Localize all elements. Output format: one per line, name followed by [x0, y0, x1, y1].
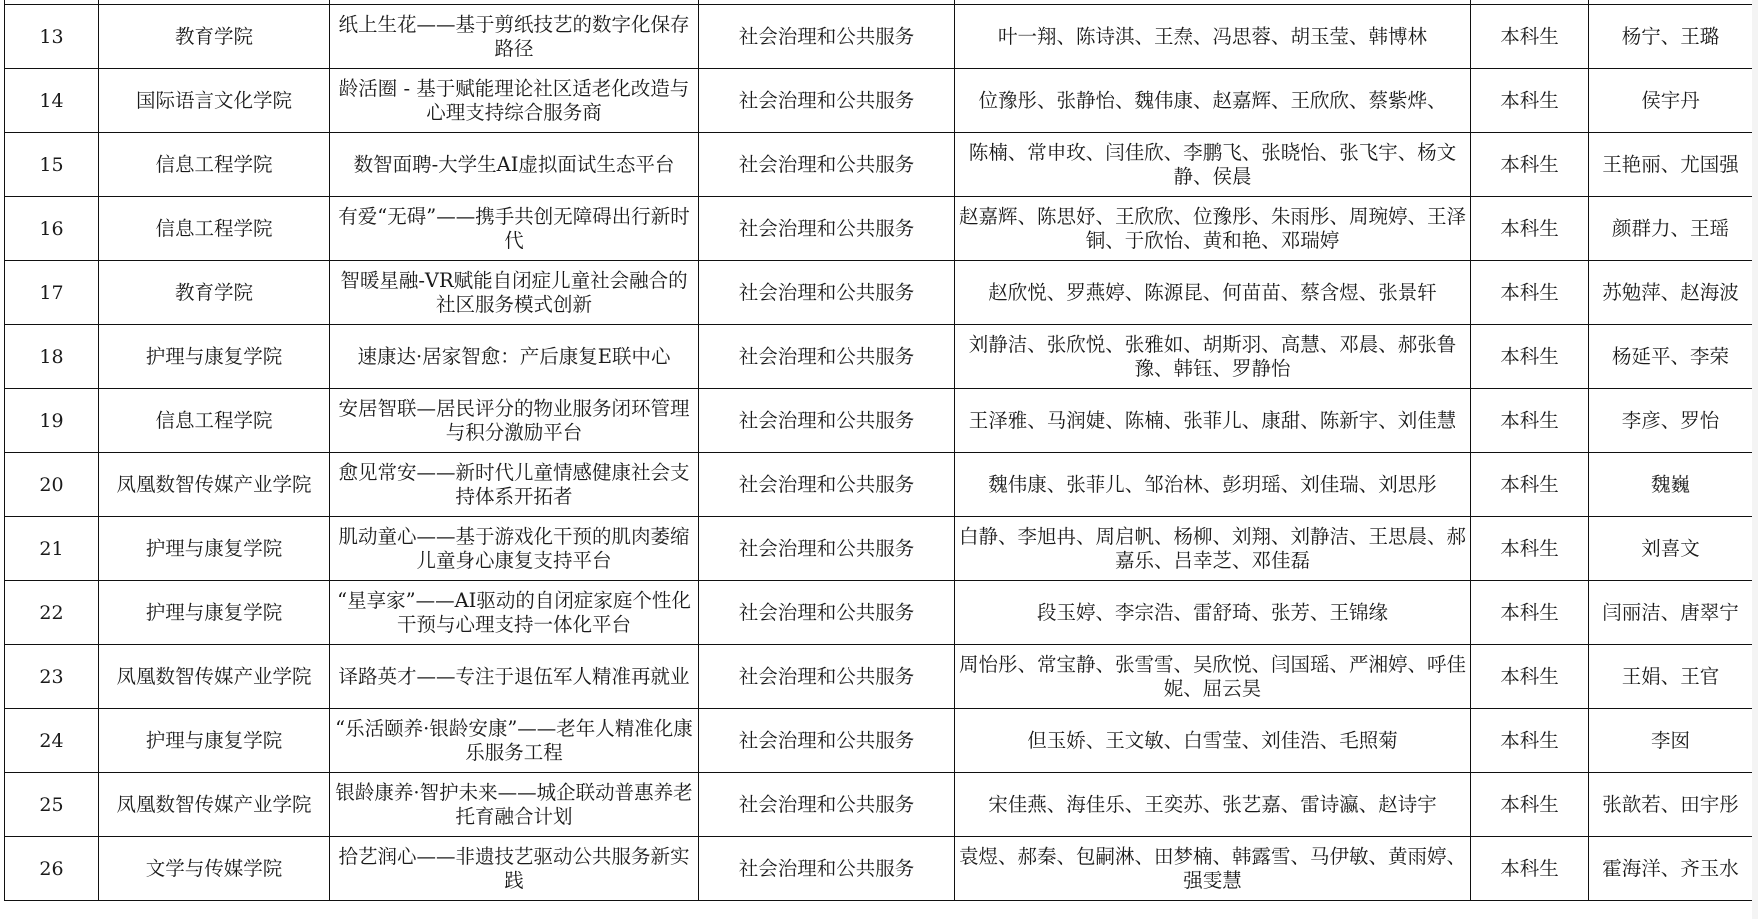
advisors-cell[interactable]: 李彦、罗怡 — [1589, 389, 1753, 453]
category-cell[interactable]: 社会治理和公共服务 — [699, 5, 955, 69]
student-level-cell[interactable]: 本科生 — [1471, 709, 1589, 773]
row-number-cell[interactable]: 23 — [5, 645, 99, 709]
table-row: 25凤凰数智传媒产业学院银龄康养·智护未来——城企联动普惠养老托育融合计划社会治… — [5, 773, 1753, 837]
project-name-cell[interactable]: 数智面聘-大学生AI虚拟面试生态平台 — [330, 133, 699, 197]
college-cell[interactable]: 信息工程学院 — [99, 197, 330, 261]
members-cell[interactable]: 赵欣悦、罗燕婷、陈源昆、何苗苗、蔡含煜、张景轩 — [955, 261, 1471, 325]
right-edge — [1752, 0, 1758, 919]
advisors-cell[interactable]: 杨宁、王璐 — [1589, 5, 1753, 69]
category-cell[interactable]: 社会治理和公共服务 — [699, 261, 955, 325]
student-level-cell[interactable]: 本科生 — [1471, 197, 1589, 261]
advisors-cell[interactable]: 魏巍 — [1589, 453, 1753, 517]
members-cell[interactable]: 赵嘉辉、陈思妤、王欣欣、位豫彤、朱雨彤、周琬婷、王泽铜、于欣怡、黄和艳、邓瑞婷 — [955, 197, 1471, 261]
college-cell[interactable]: 护理与康复学院 — [99, 325, 330, 389]
student-level-cell[interactable]: 本科生 — [1471, 453, 1589, 517]
members-cell[interactable]: 王泽雅、马润婕、陈楠、张菲儿、康甜、陈新宇、刘佳慧 — [955, 389, 1471, 453]
row-number-cell[interactable]: 15 — [5, 133, 99, 197]
project-name-cell[interactable]: 有爱“无碍”——携手共创无障碍出行新时代 — [330, 197, 699, 261]
college-cell[interactable]: 教育学院 — [99, 5, 330, 69]
row-number-cell[interactable]: 24 — [5, 709, 99, 773]
project-table: 13教育学院纸上生花——基于剪纸技艺的数字化保存路径社会治理和公共服务叶一翔、陈… — [4, 0, 1753, 901]
table-row: 26文学与传媒学院拾艺润心——非遗技艺驱动公共服务新实践社会治理和公共服务袁煜、… — [5, 837, 1753, 901]
project-name-cell[interactable]: 安居智联—居民评分的物业服务闭环管理与积分激励平台 — [330, 389, 699, 453]
college-cell[interactable]: 信息工程学院 — [99, 133, 330, 197]
advisors-cell[interactable]: 闫丽洁、唐翠宁 — [1589, 581, 1753, 645]
category-cell[interactable]: 社会治理和公共服务 — [699, 69, 955, 133]
category-cell[interactable]: 社会治理和公共服务 — [699, 197, 955, 261]
student-level-cell[interactable]: 本科生 — [1471, 5, 1589, 69]
category-cell[interactable]: 社会治理和公共服务 — [699, 325, 955, 389]
members-cell[interactable]: 周怡彤、常宝静、张雪雪、吴欣悦、闫国瑶、严湘婷、呼佳妮、屈云昊 — [955, 645, 1471, 709]
student-level-cell[interactable]: 本科生 — [1471, 325, 1589, 389]
table-row: 13教育学院纸上生花——基于剪纸技艺的数字化保存路径社会治理和公共服务叶一翔、陈… — [5, 5, 1753, 69]
advisors-cell[interactable]: 张歆若、田宇彤 — [1589, 773, 1753, 837]
table-row: 22护理与康复学院“星享家”——AI驱动的自闭症家庭个性化干预与心理支持一体化平… — [5, 581, 1753, 645]
project-name-cell[interactable]: 龄活圈 - 基于赋能理论社区适老化改造与心理支持综合服务商 — [330, 69, 699, 133]
row-number-cell[interactable]: 18 — [5, 325, 99, 389]
advisors-cell[interactable]: 李囡 — [1589, 709, 1753, 773]
row-number-cell[interactable]: 20 — [5, 453, 99, 517]
category-cell[interactable]: 社会治理和公共服务 — [699, 581, 955, 645]
college-cell[interactable]: 凤凰数智传媒产业学院 — [99, 453, 330, 517]
advisors-cell[interactable]: 刘喜文 — [1589, 517, 1753, 581]
row-number-cell[interactable]: 17 — [5, 261, 99, 325]
members-cell[interactable]: 但玉娇、王文敏、白雪莹、刘佳浩、毛照菊 — [955, 709, 1471, 773]
category-cell[interactable]: 社会治理和公共服务 — [699, 645, 955, 709]
student-level-cell[interactable]: 本科生 — [1471, 69, 1589, 133]
student-level-cell[interactable]: 本科生 — [1471, 837, 1589, 901]
advisors-cell[interactable]: 霍海洋、齐玉水 — [1589, 837, 1753, 901]
student-level-cell[interactable]: 本科生 — [1471, 389, 1589, 453]
table-row: 23凤凰数智传媒产业学院译路英才——专注于退伍军人精准再就业社会治理和公共服务周… — [5, 645, 1753, 709]
college-cell[interactable]: 国际语言文化学院 — [99, 69, 330, 133]
row-number-cell[interactable]: 19 — [5, 389, 99, 453]
category-cell[interactable]: 社会治理和公共服务 — [699, 709, 955, 773]
row-number-cell[interactable]: 25 — [5, 773, 99, 837]
members-cell[interactable]: 叶一翔、陈诗淇、王焘、冯思蓉、胡玉莹、韩博林 — [955, 5, 1471, 69]
table-row: 19信息工程学院安居智联—居民评分的物业服务闭环管理与积分激励平台社会治理和公共… — [5, 389, 1753, 453]
advisors-cell[interactable]: 颜群力、王瑶 — [1589, 197, 1753, 261]
members-cell[interactable]: 袁煜、郝秦、包嗣淋、田梦楠、韩露雪、马伊敏、黄雨婷、强雯慧 — [955, 837, 1471, 901]
project-name-cell[interactable]: 速康达·居家智愈：产后康复E联中心 — [330, 325, 699, 389]
row-number-cell[interactable]: 14 — [5, 69, 99, 133]
spreadsheet-table: 13教育学院纸上生花——基于剪纸技艺的数字化保存路径社会治理和公共服务叶一翔、陈… — [4, 0, 1753, 901]
college-cell[interactable]: 护理与康复学院 — [99, 517, 330, 581]
student-level-cell[interactable]: 本科生 — [1471, 261, 1589, 325]
row-number-cell[interactable]: 22 — [5, 581, 99, 645]
project-name-cell[interactable]: 纸上生花——基于剪纸技艺的数字化保存路径 — [330, 5, 699, 69]
row-number-cell[interactable]: 26 — [5, 837, 99, 901]
category-cell[interactable]: 社会治理和公共服务 — [699, 133, 955, 197]
project-name-cell[interactable]: 银龄康养·智护未来——城企联动普惠养老托育融合计划 — [330, 773, 699, 837]
table-row: 14国际语言文化学院龄活圈 - 基于赋能理论社区适老化改造与心理支持综合服务商社… — [5, 69, 1753, 133]
category-cell[interactable]: 社会治理和公共服务 — [699, 773, 955, 837]
members-cell[interactable]: 宋佳燕、海佳乐、王奕苏、张艺嘉、雷诗瀛、赵诗宇 — [955, 773, 1471, 837]
table-row: 17教育学院智暖星融-VR赋能自闭症儿童社会融合的社区服务模式创新社会治理和公共… — [5, 261, 1753, 325]
category-cell[interactable]: 社会治理和公共服务 — [699, 837, 955, 901]
college-cell[interactable]: 护理与康复学院 — [99, 709, 330, 773]
table-row: 16信息工程学院有爱“无碍”——携手共创无障碍出行新时代社会治理和公共服务赵嘉辉… — [5, 197, 1753, 261]
category-cell[interactable]: 社会治理和公共服务 — [699, 517, 955, 581]
college-cell[interactable]: 文学与传媒学院 — [99, 837, 330, 901]
student-level-cell[interactable]: 本科生 — [1471, 581, 1589, 645]
category-cell[interactable]: 社会治理和公共服务 — [699, 453, 955, 517]
advisors-cell[interactable]: 杨延平、李荣 — [1589, 325, 1753, 389]
college-cell[interactable]: 凤凰数智传媒产业学院 — [99, 645, 330, 709]
student-level-cell[interactable]: 本科生 — [1471, 517, 1589, 581]
members-cell[interactable]: 魏伟康、张菲儿、邹治林、彭玥瑶、刘佳瑞、刘思彤 — [955, 453, 1471, 517]
college-cell[interactable]: 护理与康复学院 — [99, 581, 330, 645]
category-cell[interactable]: 社会治理和公共服务 — [699, 389, 955, 453]
members-cell[interactable]: 刘静洁、张欣悦、张雅如、胡斯羽、高慧、邓晨、郝张鲁豫、韩钰、罗静怡 — [955, 325, 1471, 389]
project-name-cell[interactable]: 译路英才——专注于退伍军人精准再就业 — [330, 645, 699, 709]
row-number-cell[interactable]: 16 — [5, 197, 99, 261]
project-name-cell[interactable]: 拾艺润心——非遗技艺驱动公共服务新实践 — [330, 837, 699, 901]
student-level-cell[interactable]: 本科生 — [1471, 645, 1589, 709]
members-cell[interactable]: 段玉婷、李宗浩、雷舒琦、张芳、王锦缘 — [955, 581, 1471, 645]
college-cell[interactable]: 信息工程学院 — [99, 389, 330, 453]
advisors-cell[interactable]: 苏勉萍、赵海波 — [1589, 261, 1753, 325]
project-name-cell[interactable]: 智暖星融-VR赋能自闭症儿童社会融合的社区服务模式创新 — [330, 261, 699, 325]
members-cell[interactable]: 位豫彤、张静怡、魏伟康、赵嘉辉、王欣欣、蔡紫烨、 — [955, 69, 1471, 133]
table-row: 15信息工程学院数智面聘-大学生AI虚拟面试生态平台社会治理和公共服务陈楠、常申… — [5, 133, 1753, 197]
advisors-cell[interactable]: 王艳丽、尤国强 — [1589, 133, 1753, 197]
table-row: 18护理与康复学院速康达·居家智愈：产后康复E联中心社会治理和公共服务刘静洁、张… — [5, 325, 1753, 389]
table-row: 24护理与康复学院“乐活颐养·银龄安康”——老年人精准化康乐服务工程社会治理和公… — [5, 709, 1753, 773]
row-number-cell[interactable]: 21 — [5, 517, 99, 581]
project-name-cell[interactable]: “乐活颐养·银龄安康”——老年人精准化康乐服务工程 — [330, 709, 699, 773]
project-name-cell[interactable]: 肌动童心——基于游戏化干预的肌肉萎缩儿童身心康复支持平台 — [330, 517, 699, 581]
project-name-cell[interactable]: “星享家”——AI驱动的自闭症家庭个性化干预与心理支持一体化平台 — [330, 581, 699, 645]
project-name-cell[interactable]: 愈见常安——新时代儿童情感健康社会支持体系开拓者 — [330, 453, 699, 517]
table-row: 20凤凰数智传媒产业学院愈见常安——新时代儿童情感健康社会支持体系开拓者社会治理… — [5, 453, 1753, 517]
student-level-cell[interactable]: 本科生 — [1471, 133, 1589, 197]
college-cell[interactable]: 凤凰数智传媒产业学院 — [99, 773, 330, 837]
row-number-cell[interactable]: 13 — [5, 5, 99, 69]
members-cell[interactable]: 白静、李旭冉、周启帆、杨柳、刘翔、刘静洁、王思晨、郝嘉乐、吕幸芝、邓佳磊 — [955, 517, 1471, 581]
student-level-cell[interactable]: 本科生 — [1471, 773, 1589, 837]
college-cell[interactable]: 教育学院 — [99, 261, 330, 325]
advisors-cell[interactable]: 王娟、王官 — [1589, 645, 1753, 709]
advisors-cell[interactable]: 侯宇丹 — [1589, 69, 1753, 133]
table-row: 21护理与康复学院肌动童心——基于游戏化干预的肌肉萎缩儿童身心康复支持平台社会治… — [5, 517, 1753, 581]
members-cell[interactable]: 陈楠、常申玫、闫佳欣、李鹏飞、张晓怡、张飞宇、杨文静、侯晨 — [955, 133, 1471, 197]
